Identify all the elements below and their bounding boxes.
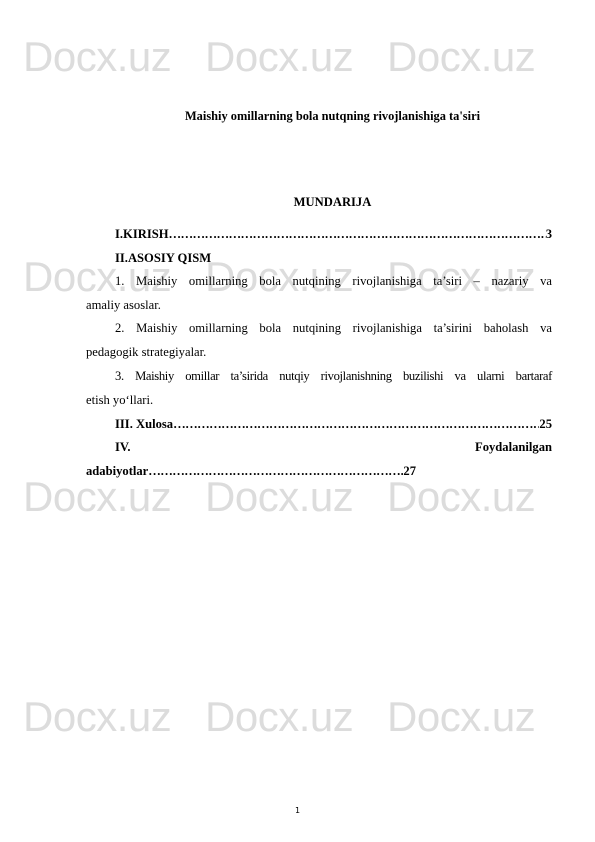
toc-entry-intro[interactable]: I.KIRISH …………………………………………………………………………………… bbox=[115, 226, 552, 242]
toc-page-number: 27 bbox=[403, 463, 416, 479]
toc-leader-dots: ………………………………………………………………………………………… bbox=[169, 226, 546, 242]
toc-item-3-line1[interactable]: 3. Maishiy omillar ta’sirida nutqiy rivo… bbox=[115, 368, 552, 384]
toc-item-3-line2[interactable]: etish yo‘llari. bbox=[86, 392, 153, 408]
toc-entry-label: adabiyotlar bbox=[86, 463, 148, 479]
toc-item-1-line1[interactable]: 1. Maishiy omillarning bola nutqining ri… bbox=[115, 273, 552, 289]
toc-entry-label: Foydalanilgan bbox=[475, 439, 552, 455]
toc-item-2-line2[interactable]: pedagogik strategiyalar. bbox=[86, 344, 206, 360]
toc-entry-label: I.KIRISH bbox=[115, 226, 169, 242]
document-title: Maishiy omillarning bola nutqning rivojl… bbox=[0, 108, 595, 124]
toc-item-1-line2[interactable]: amaliy asoslar. bbox=[86, 297, 161, 313]
toc-entry-conclusion[interactable]: III. Xulosa …………………………………………………………………………… bbox=[115, 416, 552, 432]
toc-entry-main-section[interactable]: II.ASOSIY QISM bbox=[115, 250, 552, 266]
toc-item-2-line1[interactable]: 2. Maishiy omillarning bola nutqining ri… bbox=[115, 320, 552, 336]
toc-leader-dots: ………………………………………………………………………………………… bbox=[148, 463, 403, 479]
document-page: Maishiy omillarning bola nutqning rivojl… bbox=[0, 0, 595, 842]
toc-page-number: 3 bbox=[546, 226, 552, 242]
toc-entry-label: III. Xulosa bbox=[115, 416, 173, 432]
page-number: 1 bbox=[0, 806, 595, 815]
toc-entry-references-line1[interactable]: IV. Foydalanilgan bbox=[115, 439, 552, 455]
toc-leader-dots: ………………………………………………………………………………………… bbox=[173, 416, 539, 432]
toc-page-number: 25 bbox=[539, 416, 552, 432]
toc-heading: MUNDARIJA bbox=[0, 194, 595, 210]
toc-entry-label: IV. bbox=[115, 439, 131, 455]
toc-entry-references-line2[interactable]: adabiyotlar …………………………………………………………………………… bbox=[86, 463, 416, 479]
